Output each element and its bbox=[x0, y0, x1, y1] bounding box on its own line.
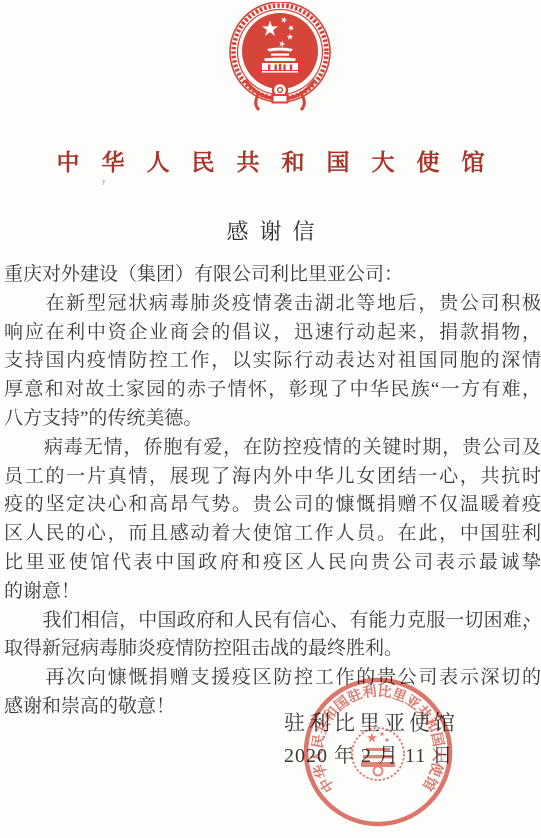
body-line: 在新型冠状病毒肺炎疫情袭击湖北等地后，贵公司积极 bbox=[4, 290, 541, 319]
letterhead-title: 中华人民共和国大使馆 bbox=[0, 144, 541, 177]
body-line: 疫的坚定决心和高昂气势。贵公司的慷慨捐赠不仅温暖着疫 bbox=[4, 491, 541, 520]
body-line: 的谢意！ bbox=[4, 578, 541, 607]
body-line: 比里亚使馆代表中国政府和疫区人民向贵公司表示最诚挚 bbox=[4, 549, 541, 578]
scan-artifact: 、 bbox=[524, 599, 541, 626]
letter-page: ʸ 中华人民共和国大使馆 感谢信 重庆对外建设（集团）有限公司利比里亚公司： 在… bbox=[0, 0, 541, 838]
body-line: 员工的一片真情，展现了海内外中华儿女团结一心，共抗时 bbox=[4, 463, 541, 492]
body-line: 八方支持”的传统美德。 bbox=[4, 405, 541, 434]
body-line: 厚意和对故土家园的赤子情怀，彰现了中华民族“一方有难， bbox=[4, 376, 541, 405]
seal-center-emblem-icon bbox=[352, 728, 404, 780]
body-line: 我们相信，中国政府和人民有信心、有能力克服一切困难， bbox=[4, 607, 541, 636]
letter-body: 重庆对外建设（集团）有限公司利比里亚公司： 在新型冠状病毒肺炎疫情袭击湖北等地后… bbox=[4, 261, 541, 722]
seal-border bbox=[306, 680, 450, 824]
prc-national-emblem-icon bbox=[226, 2, 334, 114]
body-line: 区人民的心，而且感动着大使馆工作人员。在此，中国驻利 bbox=[4, 520, 541, 549]
body-line: 再次向慷慨捐赠支援疫区防控工作的贵公司表示深切的 bbox=[4, 664, 541, 693]
body-line: 取得新冠病毒肺炎疫情防控阻击战的最终胜利。 bbox=[4, 635, 541, 664]
embassy-round-seal-icon: 中华人民共和国驻利比里亚共和国大使馆 bbox=[298, 672, 458, 832]
body-line: 病毒无情，侨胞有爱，在防控疫情的关键时期，贵公司及 bbox=[4, 434, 541, 463]
body-line: 支持国内疫情防控工作，以实际行动表达对祖国同胞的深情 bbox=[4, 347, 541, 376]
body-line: 感谢和崇高的敬意！ bbox=[4, 693, 541, 722]
body-line: 响应在利中资企业商会的倡议，迅速行动起来，捐款捐物， bbox=[4, 319, 541, 348]
letter-subject: 感谢信 bbox=[0, 215, 541, 246]
salutation: 重庆对外建设（集团）有限公司利比里亚公司： bbox=[4, 261, 541, 290]
scan-artifact: ʸ bbox=[102, 176, 106, 191]
emblem-disc bbox=[242, 13, 318, 89]
